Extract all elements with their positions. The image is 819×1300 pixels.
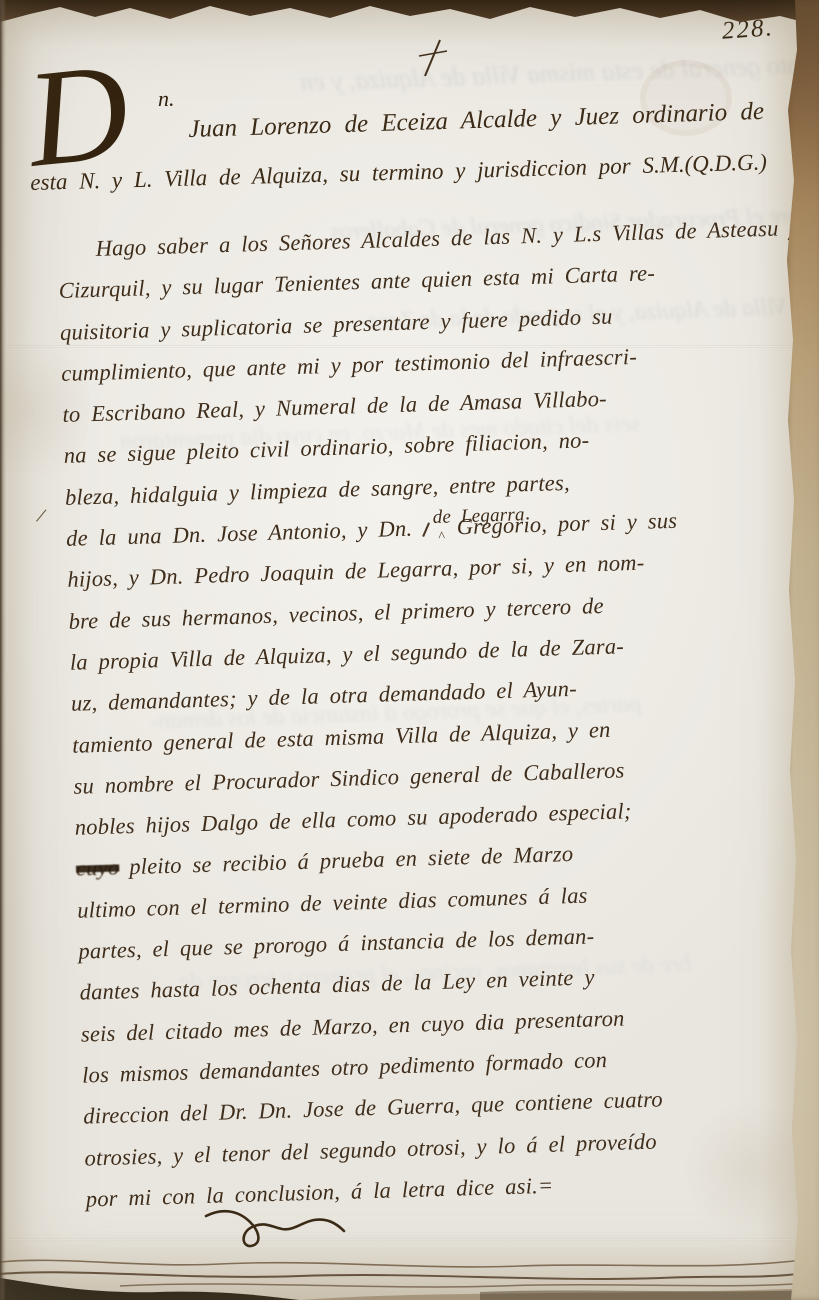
interlinear-insertion: de Legarra — [423, 515, 439, 540]
heading-line: esta N. y L. Villa de Alquiza, su termin… — [30, 149, 767, 196]
manuscript-body: Hago saber a los Señores Alcaldes de las… — [57, 207, 819, 1220]
insertion-text: de Legarra — [432, 494, 525, 538]
line-text: pleito se recibio á prueba en siete de M… — [129, 841, 574, 879]
line-text: de la una Dn. Jose Antonio, y Dn. — [66, 516, 413, 551]
paper-edge-left — [0, 0, 6, 1300]
paper-edge-top — [0, 0, 819, 34]
initial-superscript: n. — [158, 86, 175, 112]
paper-crease — [0, 1238, 819, 1241]
manuscript-page-scan: tamiento general de esta misma Villa de … — [0, 0, 819, 1300]
cross-mark-icon — [416, 36, 450, 85]
struck-out-word: cuyo — [76, 855, 120, 881]
bleedthrough-text: tamiento general de esta misma Villa de … — [300, 48, 819, 97]
heading-line: Juan Lorenzo de Eceiza Alcalde y Juez or… — [188, 98, 764, 144]
insertion-slash-mark — [422, 522, 430, 537]
pen-flourish — [200, 1200, 360, 1265]
margin-tick-mark: / — [36, 505, 46, 529]
